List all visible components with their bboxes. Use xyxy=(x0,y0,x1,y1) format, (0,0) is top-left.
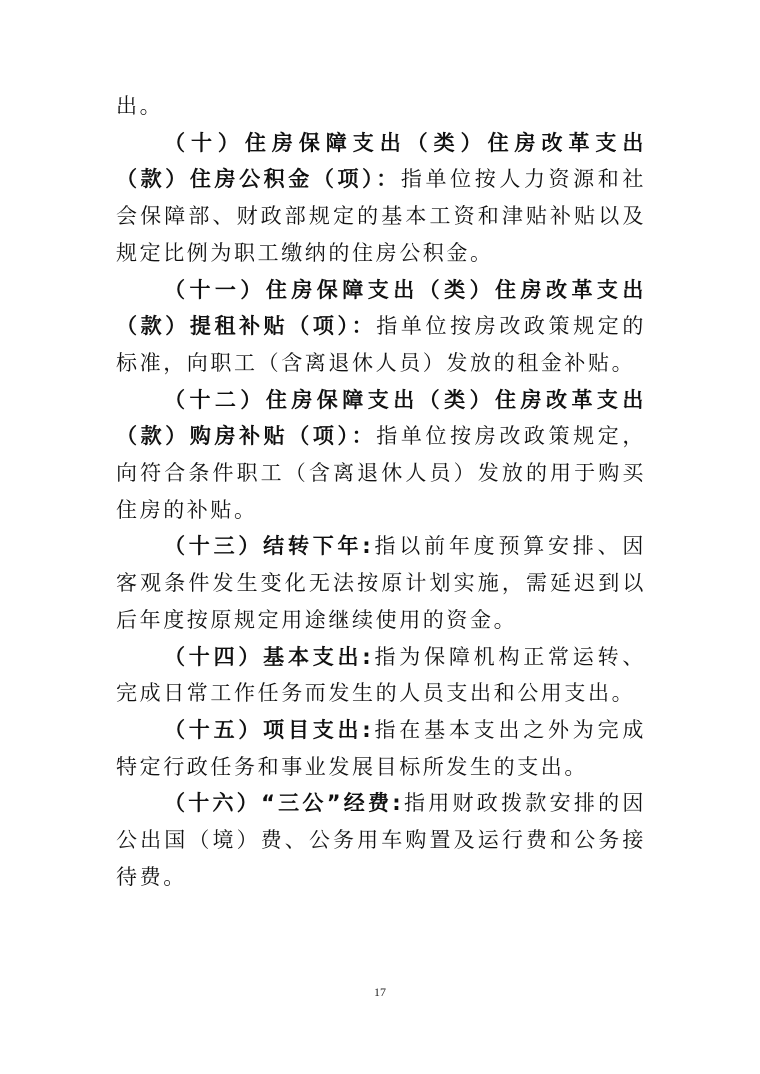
section-heading: （十四）基本支出: xyxy=(164,645,373,669)
section-heading: （十六）“三公”经费: xyxy=(164,791,403,815)
section-heading: （十三）结转下年: xyxy=(164,534,373,558)
section-12: （十二）住房保障支出（类）住房改革支出（款）购房补贴（项）：指单位按房改政策规定… xyxy=(116,382,646,529)
section-11: （十一）住房保障支出（类）住房改革支出（款）提租补贴（项）：指单位按房改政策规定… xyxy=(116,272,646,382)
section-heading: （十五）项目支出: xyxy=(164,718,373,742)
section-15: （十五）项目支出:指在基本支出之外为完成特定行政任务和事业发展目标所发生的支出。 xyxy=(116,712,646,785)
section-14: （十四）基本支出:指为保障机构正常运转、完成日常工作任务而发生的人员支出和公用支… xyxy=(116,639,646,712)
section-10: （十）住房保障支出（类）住房改革支出（款）住房公积金（项）：指单位按人力资源和社… xyxy=(116,125,646,272)
page-number: 17 xyxy=(0,985,760,1000)
section-16: （十六）“三公”经费:指用财政拨款安排的因公出国（境）费、公务用车购置及运行费和… xyxy=(116,785,646,895)
continuation-text: 出。 xyxy=(116,88,646,125)
document-page: 出。 （十）住房保障支出（类）住房改革支出（款）住房公积金（项）：指单位按人力资… xyxy=(116,88,646,895)
section-13: （十三）结转下年:指以前年度预算安排、因客观条件发生变化无法按原计划实施，需延迟… xyxy=(116,528,646,638)
